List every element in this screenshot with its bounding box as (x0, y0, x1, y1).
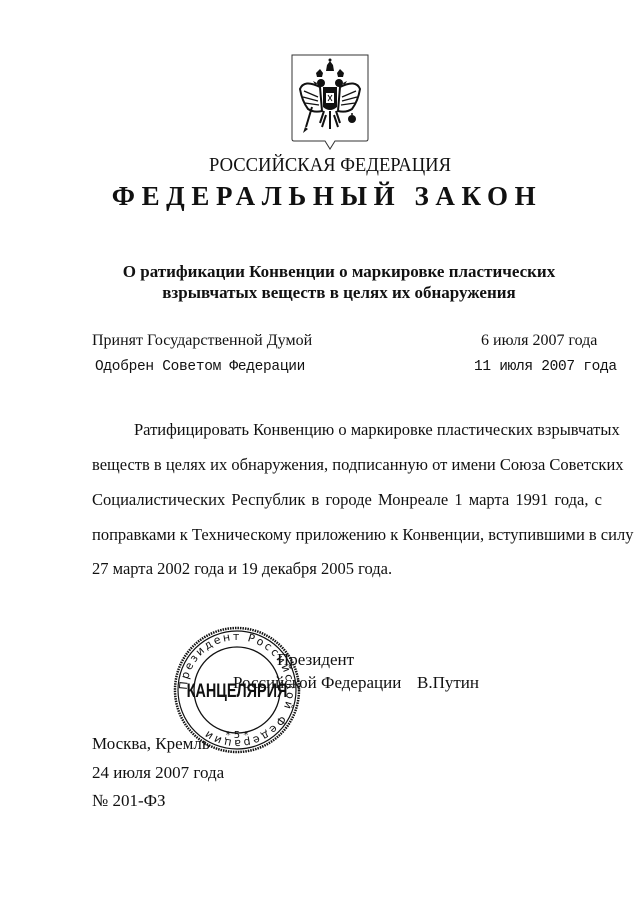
signatory-title-line-1: Президент (277, 650, 354, 670)
body-line: веществ в целях их обнаружения, подписан… (92, 455, 602, 475)
adopted-date: 6 июля 2007 года (481, 332, 597, 350)
signatory-title-line-2: Российской Федерации (233, 673, 401, 693)
body-line: Социалистических Республик в городе Монр… (92, 490, 602, 510)
body-line: поправками к Техническому приложению к К… (92, 525, 602, 545)
country-name: РОССИЙСКАЯ ФЕДЕРАЦИЯ (23, 154, 637, 177)
adopted-by-duma-label: Принят Государственной Думой (92, 332, 312, 350)
signatory-name: В.Путин (417, 673, 479, 693)
approved-date: 11 июля 2007 года (474, 359, 617, 375)
stamp-number: * 5 * (226, 730, 249, 741)
law-title-line-2: взрывчатых веществ в целях их обнаружени… (0, 283, 640, 303)
approved-by-council-label: Одобрен Советом Федерации (95, 359, 305, 375)
body-line: Ратифицировать Конвенцию о маркировке пл… (134, 420, 602, 440)
law-title-line-1: О ратификации Конвенции о маркировке пла… (0, 262, 640, 282)
signing-date: 24 июля 2007 года (92, 763, 224, 783)
coat-of-arms-icon (290, 53, 370, 151)
document-type: ФЕДЕРАЛЬНЫЙ ЗАКОН (0, 181, 640, 212)
signing-place: Москва, Кремль (92, 734, 210, 754)
body-line: 27 марта 2002 года и 19 декабря 2005 год… (92, 559, 602, 579)
law-number: № 201-ФЗ (92, 791, 166, 811)
